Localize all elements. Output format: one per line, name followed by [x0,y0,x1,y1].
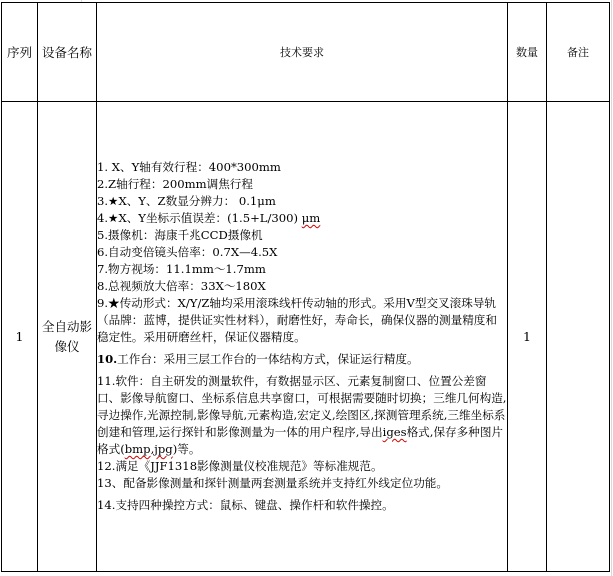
req-12: 12.满足《JJF1318影像测量仪校准规范》等标准规范。 [97,458,507,475]
req-11: 11.软件：自主研发的测量软件，有数据显示区、元素复制窗口、位置公差窗口、影像导… [97,373,507,458]
req-6: 6.自动变倍镜头倍率：0.7X—4.5X [97,244,507,261]
table-row: 1 全自动影像仪 1. X、Y轴有效行程：400*300mm 2.Z轴行程：20… [2,102,610,572]
req-11-jpg: jpg [154,442,172,456]
req-2: 2.Z轴行程：200mm调焦行程 [97,176,507,193]
req-10: 10.工作台：采用三层工作台的一体结构方式，保证运行精度。 [97,351,507,368]
header-name: 设备名称 [38,3,97,102]
req-13: 13、配备影像测量和探针测量两套测量系统并支持红外线定位功能。 [97,475,507,492]
header-requirements: 技术要求 [97,3,508,102]
header-remarks: 备注 [547,3,610,102]
req-10-number: 10. [97,352,117,366]
req-8: 8.总视频放大倍率：33X～180X [97,278,507,295]
req-11-text-d: )等。 [173,442,201,456]
row-requirements: 1. X、Y轴有效行程：400*300mm 2.Z轴行程：200mm调焦行程 3… [97,102,508,572]
req-5: 5.摄像机：海康千兆CCD摄像机 [97,227,507,244]
gridline [611,0,612,576]
header-index: 序列 [2,3,38,102]
header-quantity: 数量 [508,3,547,102]
req-4-text: 4.★X、Y坐标示值误差：(1.5+L/300) [97,211,302,225]
req-4: 4.★X、Y坐标示值误差：(1.5+L/300) μm [97,210,507,227]
req-11-iges: iges [383,425,407,439]
req-11-bmp: bmp [125,442,151,456]
spec-table: 序列 设备名称 技术要求 数量 备注 1 全自动影像仪 1. X、Y轴有效行程：… [1,2,610,572]
row-device-name: 全自动影像仪 [38,102,97,572]
row-remarks [547,102,610,572]
header-row: 序列 设备名称 技术要求 数量 备注 [2,3,610,102]
req-9: 9.★传动形式：X/Y/Z轴均采用滚珠线杆传动轴的形式。采用V型交叉滚珠导轨（品… [97,295,507,346]
row-index: 1 [2,102,38,572]
req-3: 3.★X、Y、Z数显分辨力： 0.1μm [97,193,507,210]
req-7: 7.物方视场：11.1mm～1.7mm [97,261,507,278]
req-10-text: 工作台：采用三层工作台的一体结构方式，保证运行精度。 [117,352,418,366]
req-14: 14.支持四种操控方式：鼠标、键盘、操作杆和软件操控。 [97,497,507,514]
row-quantity: 1 [508,102,547,572]
req-4-unit: μm [302,211,321,225]
req-1: 1. X、Y轴有效行程：400*300mm [97,159,507,176]
